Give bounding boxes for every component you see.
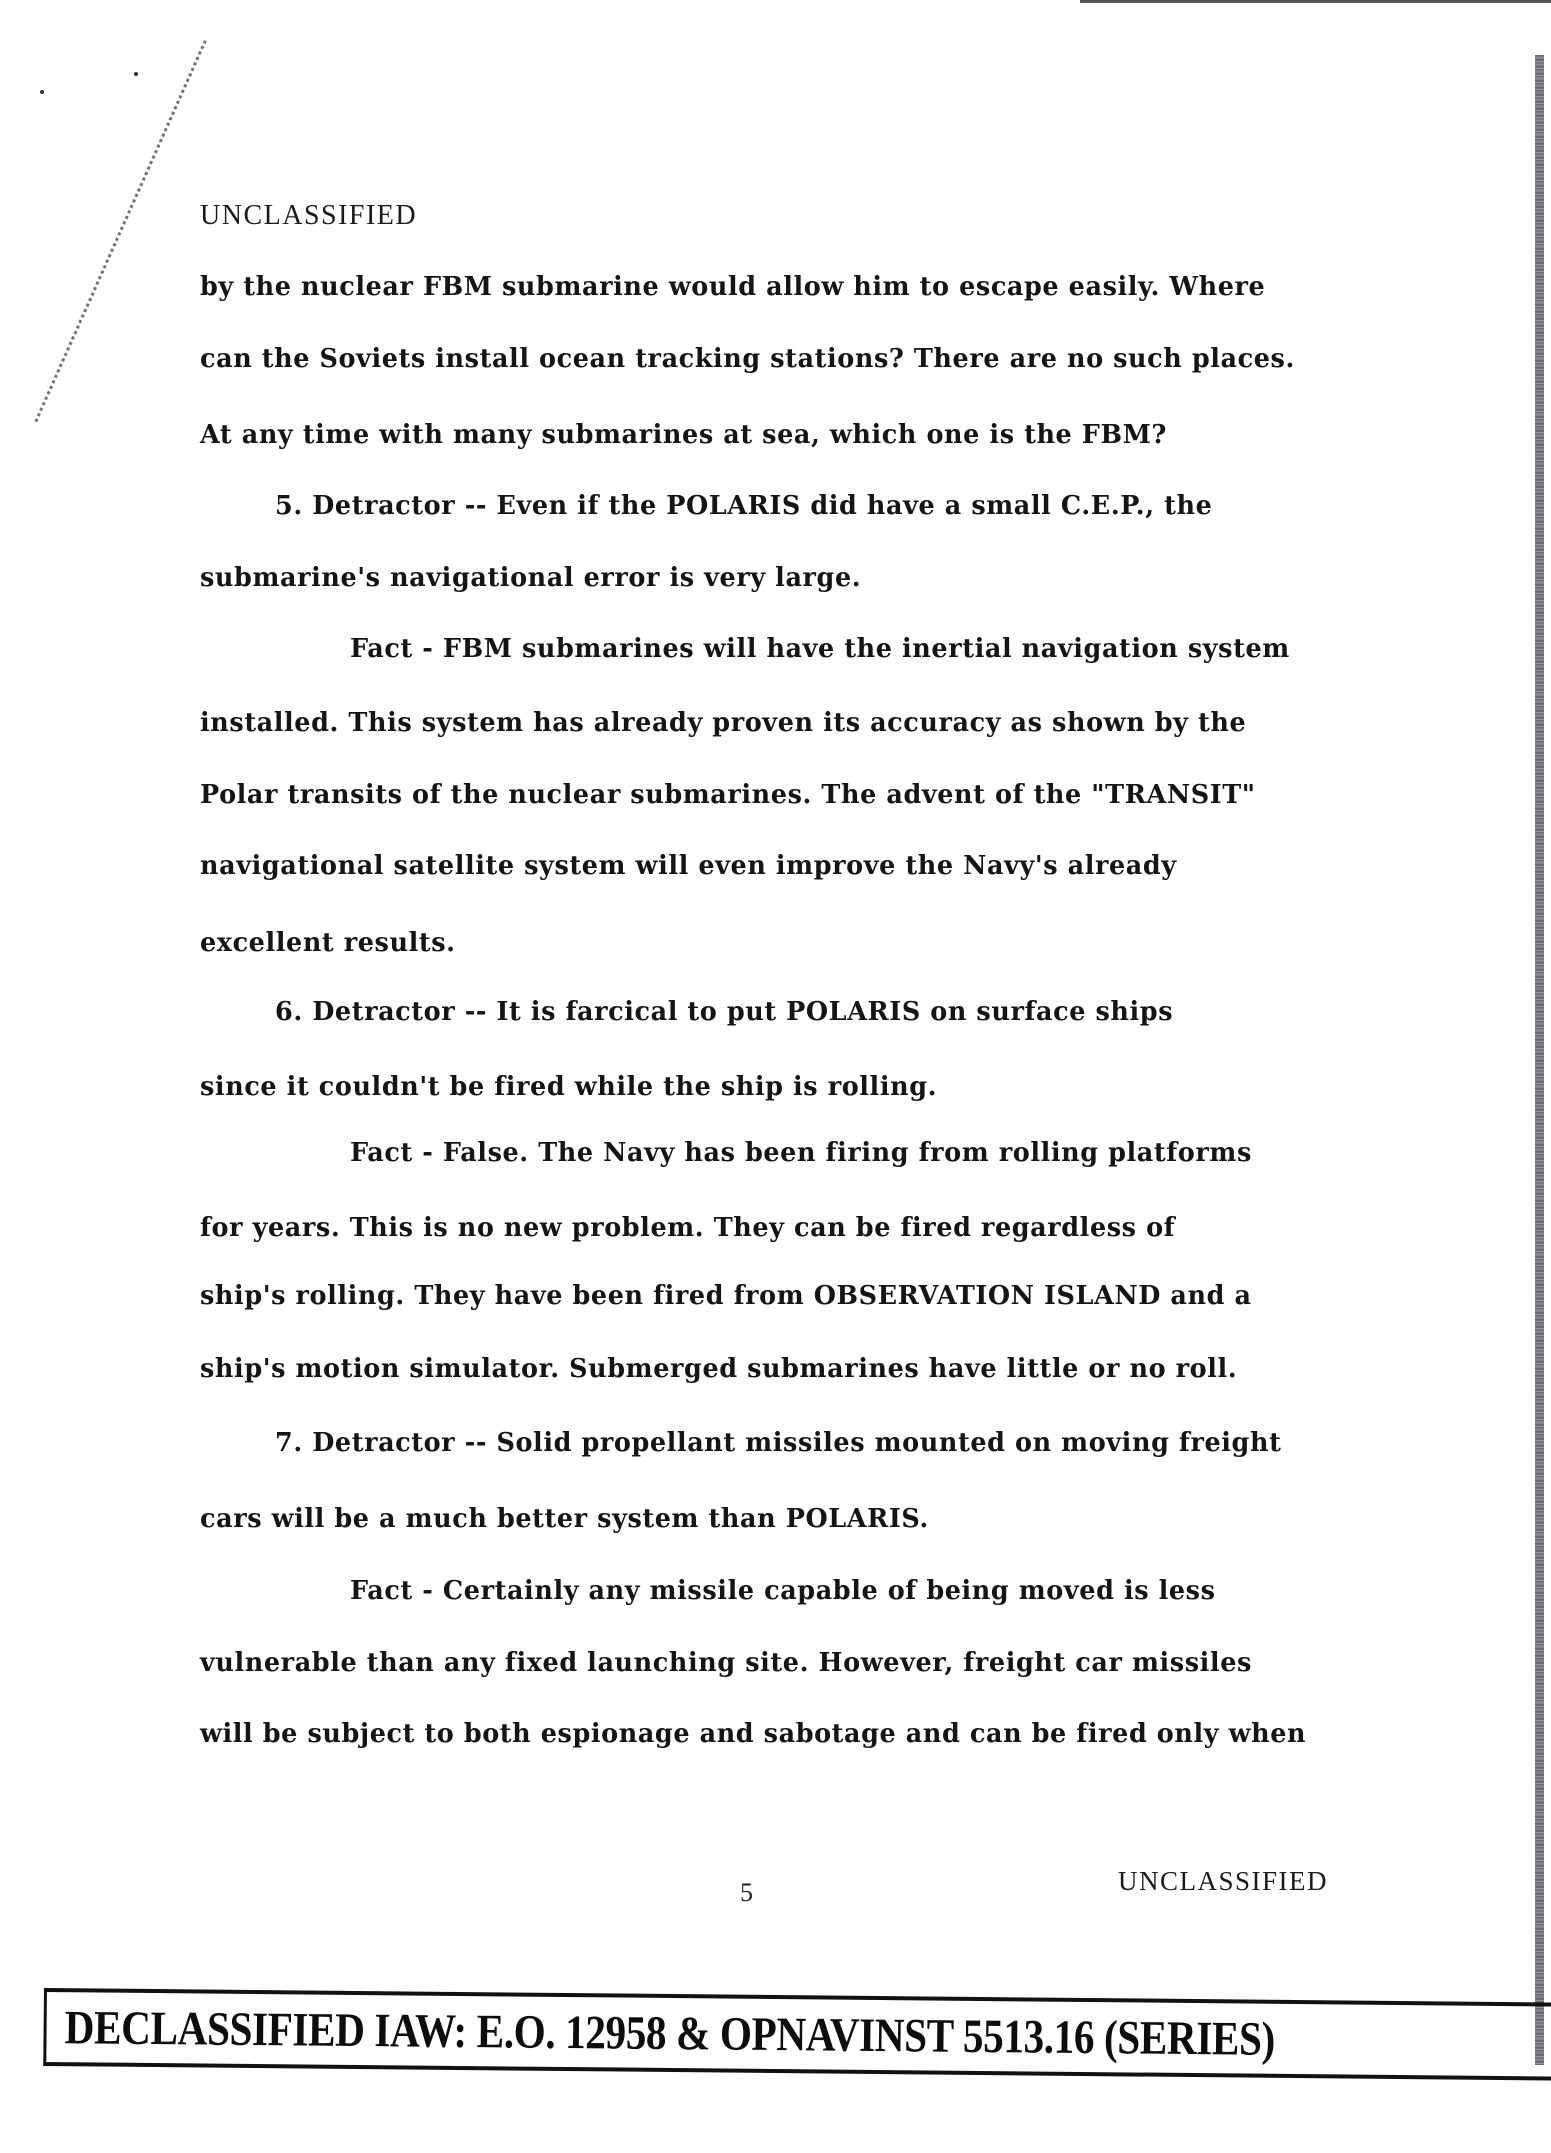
text-line: Fact - FBM submarines will have the iner… [350,634,1290,664]
text-line: since it couldn't be fired while the shi… [200,1072,937,1102]
text-line: vulnerable than any fixed launching site… [200,1648,1252,1678]
page-number: 5 [740,1878,753,1908]
text-line: 6. Detractor -- It is farcical to put PO… [275,997,1173,1027]
text-line: installed. This system has already prove… [200,708,1246,738]
text-line: will be subject to both espionage and sa… [200,1719,1306,1749]
text-line: submarine's navigational error is very l… [200,563,861,593]
header-classification-marking: UNCLASSIFIED [200,200,417,232]
text-line: Fact - Certainly any missile capable of … [350,1576,1216,1606]
text-line: Polar transits of the nuclear submarines… [200,780,1256,810]
text-line: by the nuclear FBM submarine would allow… [200,272,1265,302]
text-line: 7. Detractor -- Solid propellant missile… [275,1428,1281,1458]
text-line: 5. Detractor -- Even if the POLARIS did … [275,491,1212,521]
scan-edge-right [1535,55,1544,2065]
footer-classification-marking: UNCLASSIFIED [1118,1866,1328,1897]
text-line: At any time with many submarines at sea,… [200,420,1167,450]
text-line: can the Soviets install ocean tracking s… [200,344,1295,374]
declassification-stamp: DECLASSIFIED IAW: E.O. 12958 & OPNAVINST… [43,1988,1551,2080]
text-line: Fact - False. The Navy has been firing f… [350,1138,1252,1168]
scan-speck [134,72,138,76]
text-line: for years. This is no new problem. They … [200,1213,1175,1243]
text-line: cars will be a much better system than P… [200,1504,929,1534]
scan-speck [40,90,44,94]
scan-streak [33,40,207,425]
document-page: UNCLASSIFIED by the nuclear FBM submarin… [0,0,1551,2153]
text-line: excellent results. [200,928,456,958]
text-line: navigational satellite system will even … [200,851,1177,881]
text-line: ship's motion simulator. Submerged subma… [200,1354,1237,1384]
scan-edge-top [1080,0,1551,3]
text-line: ship's rolling. They have been fired fro… [200,1281,1252,1311]
declassification-stamp-text: DECLASSIFIED IAW: E.O. 12958 & OPNAVINST… [64,2000,1275,2067]
